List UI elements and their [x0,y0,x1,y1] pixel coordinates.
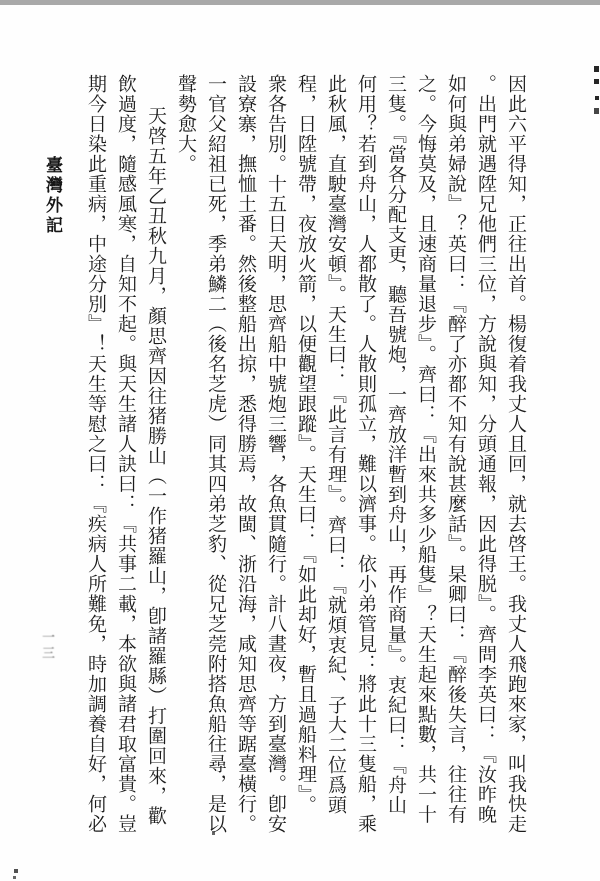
text-column: 因此六平得知，正往出首。楊復着我丈人且回，就去啓王。我丈人飛跑來家，叫我快走 [500,74,530,844]
scan-artifact [14,869,18,873]
running-title: 臺灣外記 [40,156,65,236]
text-block: 因此六平得知，正往出首。楊復着我丈人且回，就去啓王。我丈人飛跑來家，叫我快走 。… [80,74,530,849]
book-page: 臺灣外記 一三 因此六平得知，正往出首。楊復着我丈人且回，就去啓王。我丈人飛跑來… [0,0,600,881]
text-column: 聲勢愈大。 [170,74,200,844]
text-column: 。出門就遇陞兄他們三位，方說與知，分頭通報，因此得脱』。齊問李英曰：『汝昨晚 [470,74,500,844]
scan-artifact [594,108,599,114]
text-column: 之。今悔莫及，且速商量退步』。齊曰：『出來共多少船隻』？天生起來點數，共一十 [410,74,440,844]
text-column-paragraph-start: 天啓五年乙丑秋九月，顏思齊因往猪勝山（一作猪羅山，卽諸羅縣）打圍回來，歡 [140,74,170,844]
scan-top-edge [0,0,600,5]
text-column: 三隻。『當各分配支更，聽吾號炮，一齊放洋暫到舟山，再作商量』。衷紀曰：『舟山 [380,74,410,844]
text-column: 此秋風，直駛臺灣安頓』。天生曰：『此言有理』。齊曰：『就煩衷紀、子大二位爲頭 [320,74,350,844]
scan-artifact [595,96,599,100]
text-column: 衆各告別。十五日天明，思齊船中號炮三響，各魚貫隨行。計八晝夜，方到臺灣。卽安 [260,74,290,844]
text-column: 期今日染此重病，中途分別』！天生等慰之曰：『疾病人所難免，時加調養自好，何必 [80,74,110,844]
text-column: 設寮寨，撫恤土番。然後整船出掠，悉得勝焉，故閩、浙沿海，咸知思齊等踞臺橫行。 [230,74,260,844]
text-column: 一官父紹祖已死，季弟鱗二（後名芝虎）同其四弟芝豹、從兄芝莞附搭魚船往尋，是以 [200,74,230,844]
scan-artifact [594,66,599,72]
text-column: 飲過度，隨感風寒，自知不起。與天生諸人訣曰：『共事二載，本欲與諸君取富貴。豈 [110,74,140,844]
scan-artifact [212,831,215,835]
scan-artifact [594,79,599,84]
text-column: 何用？若到舟山，人都散了。人散則孤立，難以濟事。依小弟管見：將此十三隻船，乘 [350,74,380,844]
text-column: 如何與弟婦說』？英曰：『醉了亦都不知有說甚麼話』。杲卿曰：『醉後失言，往往有 [440,74,470,844]
page-number: 一三 [38,630,57,662]
scan-artifact [13,876,16,879]
text-column: 程，日陞號帶，夜放火箭，以便觀望跟蹤』。天生曰：『如此却好，暫且過船料理』。 [290,74,320,844]
